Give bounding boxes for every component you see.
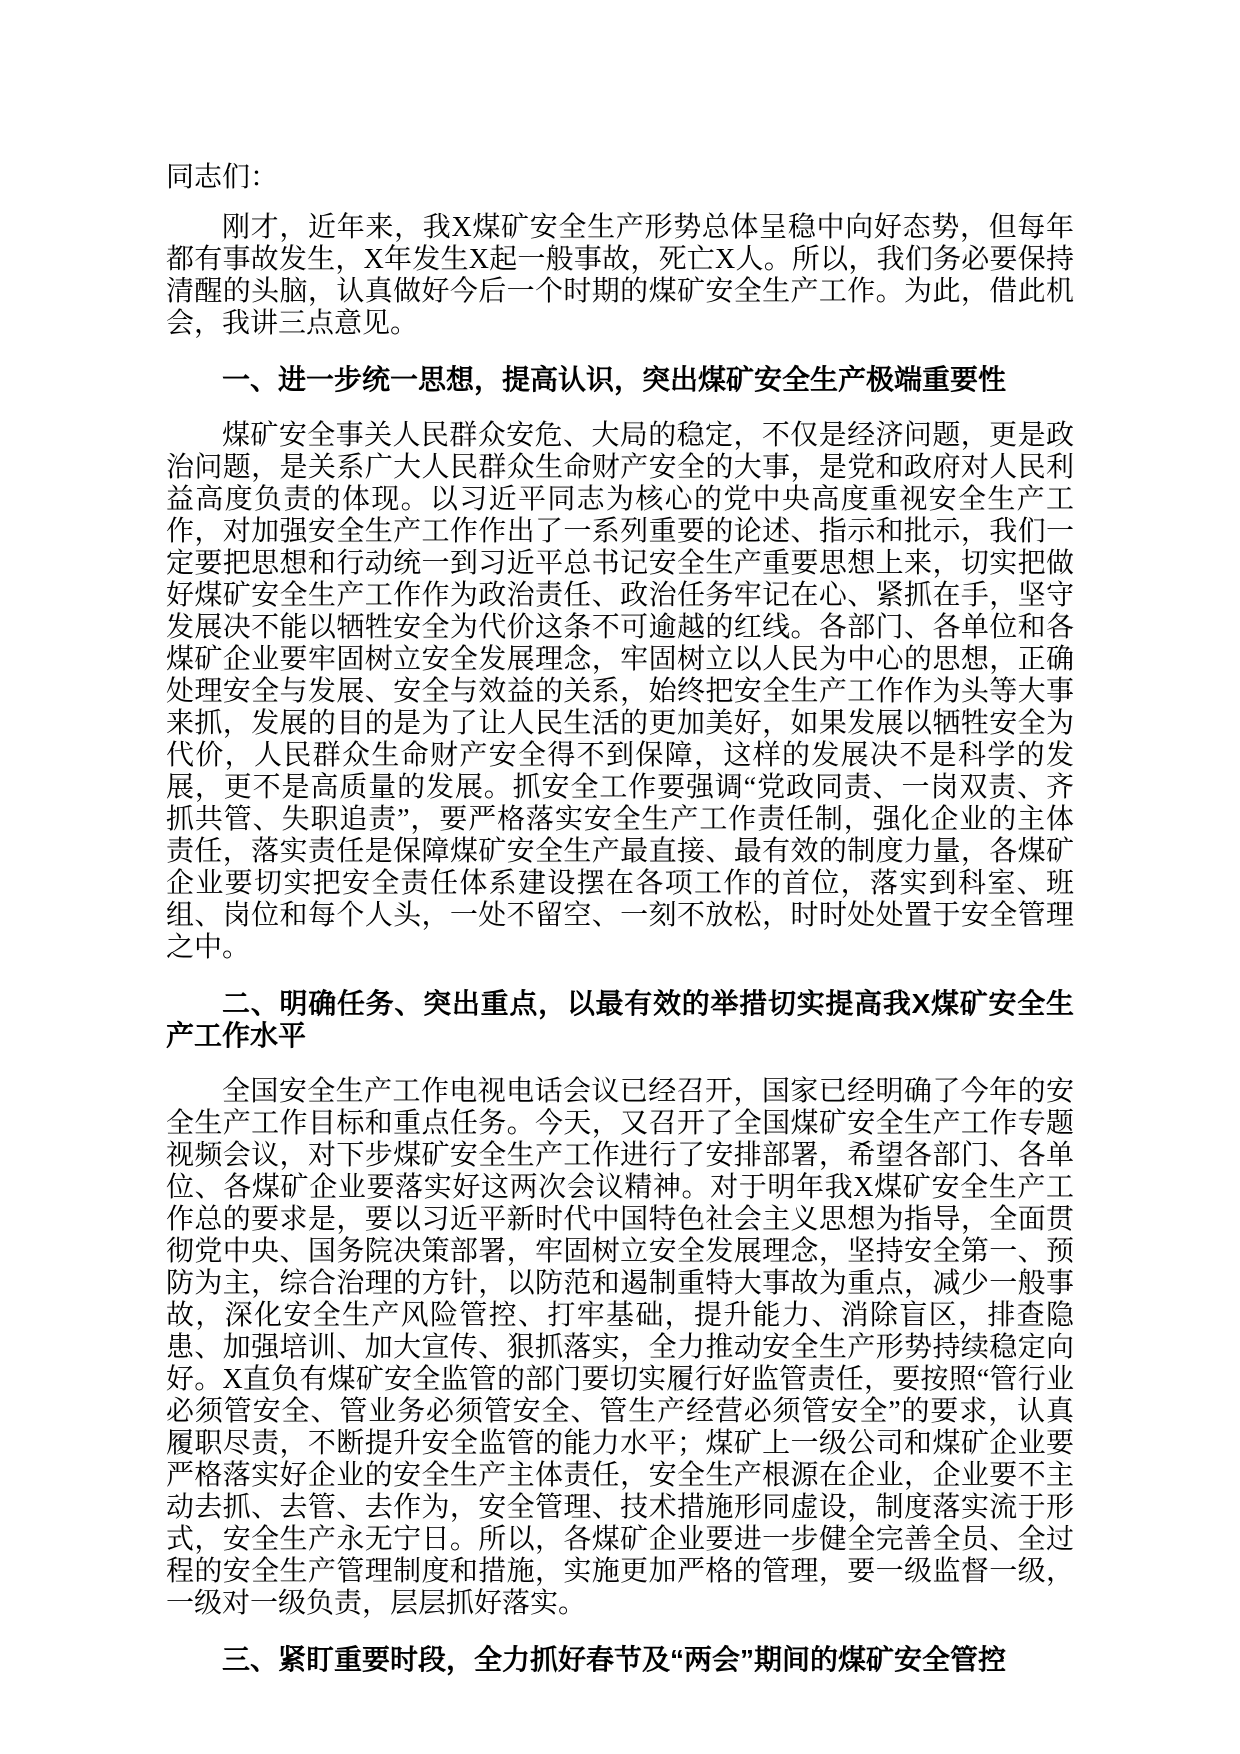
intro-paragraph: 刚才，近年来，我X煤矿安全生产形势总体呈稳中向好态势，但每年都有事故发生，X年发…: [166, 212, 1074, 340]
document-page: 同志们： 刚才，近年来，我X煤矿安全生产形势总体呈稳中向好态势，但每年都有事故发…: [0, 0, 1240, 1754]
section-3-heading: 三、紧盯重要时段，全力抓好春节及“两会”期间的煤矿安全管控: [166, 1644, 1074, 1676]
section-1-heading: 一、进一步统一思想，提高认识，突出煤矿安全生产极端重要性: [166, 364, 1074, 396]
section-2-paragraph: 全国安全生产工作电视电话会议已经召开，国家已经明确了今年的安全生产工作目标和重点…: [166, 1076, 1074, 1620]
salutation: 同志们：: [166, 162, 1074, 194]
section-1-paragraph: 煤矿安全事关人民群众安危、大局的稳定，不仅是经济问题，更是政治问题，是关系广大人…: [166, 420, 1074, 964]
section-2-heading: 二、明确任务、突出重点，以最有效的举措切实提高我X煤矿安全生产工作水平: [166, 988, 1074, 1052]
